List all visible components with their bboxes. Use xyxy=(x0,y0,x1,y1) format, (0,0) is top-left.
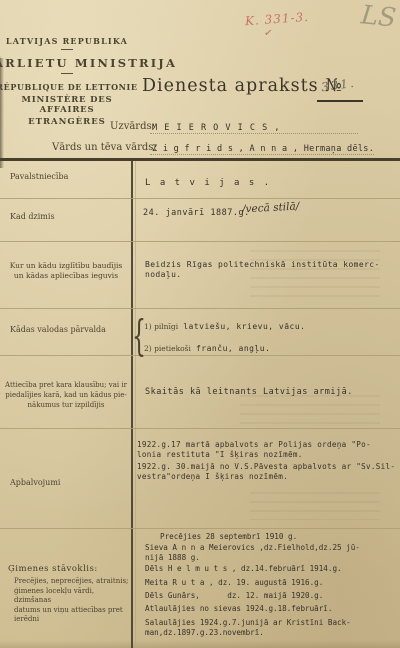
bleed-through xyxy=(250,492,380,520)
awards-label: Apbalvojumi xyxy=(10,478,60,488)
family-son2: Dēls Gunārs, dz. 12. maijā 1920.g. xyxy=(145,591,323,601)
military-label: Attiecība pret kara klausību; vai ir pie… xyxy=(4,380,128,410)
name-label: Vārds un tēva vārds: xyxy=(52,142,157,153)
birthdate-label: Kad dzimis xyxy=(10,212,55,222)
family-label-sub: Precējies, neprecējies, atraitnis; ģimen… xyxy=(8,577,132,625)
family-label-block: Ģimenes stāvoklis: Precējies, neprecējie… xyxy=(8,564,132,625)
family-son1: Dēls H e l m u t s , dz.14.februārī 1914… xyxy=(145,564,342,574)
letterhead-divider xyxy=(61,73,73,74)
letterhead: LATVIJAS REPUBLIKA ĀRLIETU MINISTRIJA RÉ… xyxy=(0,36,140,127)
surname-leader-line xyxy=(150,133,358,134)
name-value: Z i g f r i d s , A n n a , Hermaņa dēls… xyxy=(152,144,374,154)
row-separator xyxy=(0,308,400,309)
education-label: Kur un kādu izglītību baudījis un kādas … xyxy=(4,261,128,281)
surname-value: M E I E R O V I C S , xyxy=(152,123,280,133)
table-column-divider-inner xyxy=(135,161,136,648)
awards-value-2: 1922.g. 30.maijā no V.S.Pāvesta apbalvot… xyxy=(137,462,395,482)
bleed-through xyxy=(250,250,380,300)
awards-value-1: 1922.g.17 martā apbalvots ar Polijas ord… xyxy=(137,440,371,460)
family-remarriage: Salaulājies 1924.g.7.junijā ar Kristīni … xyxy=(145,618,351,638)
pencil-initials: LS xyxy=(359,0,397,34)
letterhead-ministry-lv: ĀRLIETU MINISTRIJA xyxy=(0,56,140,70)
birthdate-handwritten-note: /vecā stilā/ xyxy=(242,202,300,215)
languages-prefix-2: 2) pietiekoši xyxy=(144,344,191,353)
scan-bottom-shadow xyxy=(0,640,400,648)
languages-line-2: 2) pietiekoši franču, angļu. xyxy=(144,336,270,355)
row-separator xyxy=(0,198,400,199)
row-separator xyxy=(0,355,400,356)
languages-prefix-1: 1) pilnīgi xyxy=(144,322,178,331)
languages-line-1: 1) pilnīgi latviešu, krievu, vācu. xyxy=(144,314,305,333)
name-leader-line xyxy=(150,154,374,155)
family-label-title: Ģimenes stāvoklis: xyxy=(8,564,132,574)
document-number-underline xyxy=(317,100,363,102)
languages-value-2: franču, angļu. xyxy=(196,344,270,353)
archival-note-handwritten: K. 331-3. xyxy=(245,10,310,28)
bleed-through xyxy=(240,395,380,425)
table-top-rule xyxy=(0,158,400,161)
citizenship-value: L a t v i j a s . xyxy=(145,178,271,188)
letterhead-divider xyxy=(61,49,73,50)
row-separator xyxy=(0,528,400,529)
letterhead-country-lv: LATVIJAS REPUBLIKA xyxy=(0,36,140,46)
citizenship-label: Pavalstniecība xyxy=(10,172,68,182)
row-separator xyxy=(0,428,400,429)
document-page: K. 331-3. ✓ LS LATVIJAS REPUBLIKA ĀRLIET… xyxy=(0,0,400,648)
languages-label: Kādas valodas pārvalda xyxy=(10,325,106,335)
letterhead-country-fr: RÉPUBLIQUE DE LETTONIE xyxy=(0,82,140,92)
family-divorce: Atlaulājies no sievas 1924.g.18.februārī… xyxy=(145,604,332,614)
family-wife: Sieva A n n a Meierovics ,dz.Fielhold,dz… xyxy=(145,543,360,563)
languages-value-1: latviešu, krievu, vācu. xyxy=(183,322,305,331)
family-marriage: Precējies 28 septembrī 1910 g. xyxy=(160,532,297,542)
birthdate-value: 24. janvārī 1887.g. xyxy=(143,208,250,218)
letterhead-ministry-fr-1: MINISTÈRE DES AFFAIRES xyxy=(0,95,140,115)
document-title: Dienesta apraksts № xyxy=(142,76,343,96)
surname-label: Uzvārds: xyxy=(110,121,155,132)
family-daughter: Meita R u t a , dz. 19. augustā 1916.g. xyxy=(145,578,323,588)
row-separator xyxy=(0,241,400,242)
checkmark-icon: ✓ xyxy=(263,27,273,39)
